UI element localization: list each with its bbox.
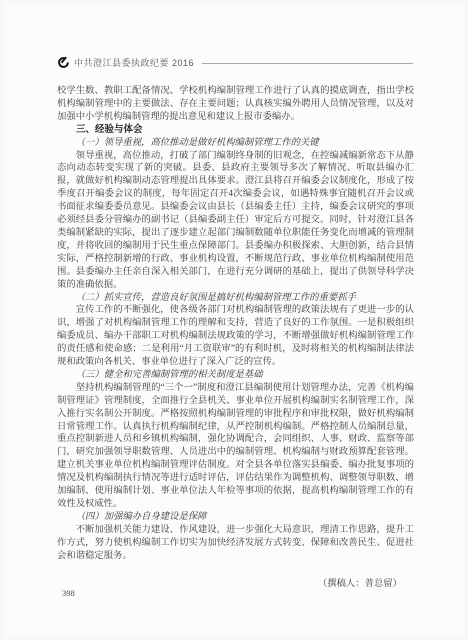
book-page: 中共澄江县委执政纪要 2016 校学生数、教职工配备情况、学校机构编制管理工作进… <box>0 0 468 640</box>
author-attribution: （撰稿人：普总留） <box>57 578 414 591</box>
header-rule <box>202 63 413 64</box>
subsection-3-paragraph: 坚持机构编制管理的“三个一”制度和澄江县编制使用计划管理办法，完善《机构编制管理… <box>57 382 414 511</box>
subsection-4-heading: （四）加强编办自身建设是保障 <box>57 511 414 524</box>
subsection-1-paragraph: 领导重视，高位推动，打破了部门编制终身制的旧观念，在控编减编新常态下从静态向动态… <box>57 150 414 292</box>
subsection-3-heading: （三）健全和完善编制管理的相关制度是基础 <box>57 369 414 382</box>
subsection-2-heading: （二）抓实宣传，营造良好氛围是搞好机构编制管理工作的重要抓手 <box>57 292 414 305</box>
page-header: 中共澄江县委执政纪要 2016 <box>57 56 413 69</box>
continuation-paragraph: 校学生数、教职工配备情况、学校机构编制管理工作进行了认真的摸底调查，指出学校机构… <box>57 85 414 124</box>
subsection-1-heading: （一）领导重视，高位推动是做好机构编制管理工作的关键 <box>57 137 414 150</box>
party-emblem-icon <box>57 56 70 69</box>
subsection-4-paragraph: 不断加强机关能力建设、作风建设，进一步强化大局意识，理清工作思路，提升工作方式，… <box>57 524 414 563</box>
book-title: 中共澄江县委执政纪要 2016 <box>74 56 194 69</box>
section-heading: 三、经验与体会 <box>57 124 414 137</box>
subsection-2-paragraph: 宣传工作的不断强化，使各级各部门对机构编制管理的政策法规有了更进一步的认识，增强… <box>57 304 414 369</box>
page-body: 校学生数、教职工配备情况、学校机构编制管理工作进行了认真的摸底调查，指出学校机构… <box>57 85 414 590</box>
page-number: 398 <box>62 588 75 598</box>
